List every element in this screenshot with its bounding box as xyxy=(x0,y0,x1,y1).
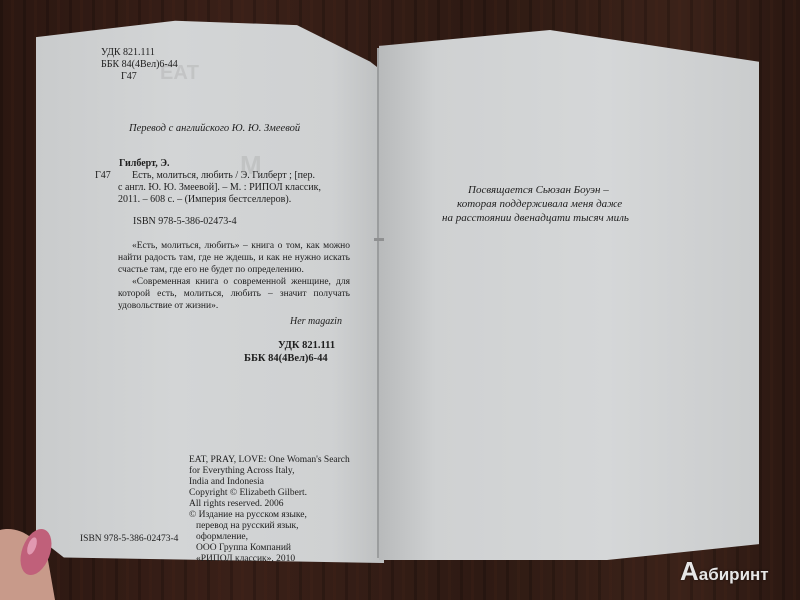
isbn-main: ISBN 978-5-386-02473-4 xyxy=(133,216,237,228)
bib-record-line: с англ. Ю. Ю. Змеевой]. – М. : РИПОЛ кла… xyxy=(118,182,321,194)
logo-text: абиринт xyxy=(699,565,769,584)
dedication-line: Посвящается Сьюзан Боуэн – xyxy=(468,184,609,196)
book-spine xyxy=(377,48,379,558)
translation-note: Перевод с английского Ю. Ю. Змеевой xyxy=(129,123,300,135)
original-info-line: «РИПОЛ классик», 2010 xyxy=(196,553,295,565)
author-mark-side: Г47 xyxy=(95,170,111,182)
author-mark: Г47 xyxy=(121,71,137,83)
bib-record-line: 2011. – 608 с. – (Империя бестселлеров). xyxy=(118,194,291,206)
annotation: «Есть, молиться, любить» – книга о том, … xyxy=(118,240,350,312)
bbk-code: ББК 84(4Вел)6-44 xyxy=(101,59,178,71)
labirint-watermark-logo: Аабиринт xyxy=(680,556,769,587)
bbk-code-bottom: ББК 84(4Вел)6-44 xyxy=(244,353,328,365)
isbn-bottom: ISBN 978-5-386-02473-4 xyxy=(80,533,178,545)
annotation-paragraph: «Есть, молиться, любить» – книга о том, … xyxy=(118,240,350,276)
author-heading: Гилберт, Э. xyxy=(119,158,170,170)
logo-letter: А xyxy=(680,556,699,586)
quote-source: Her magazin xyxy=(290,316,342,328)
right-page xyxy=(379,30,759,560)
dedication-line: которая поддерживала меня даже xyxy=(457,198,622,210)
finger-with-pink-nail xyxy=(0,500,70,600)
dedication-line: на расстоянии двенадцати тысяч миль xyxy=(442,212,629,224)
binding-thread xyxy=(374,238,384,241)
udk-code-bottom: УДК 821.111 xyxy=(278,340,335,352)
bib-record-line: Есть, молиться, любить / Э. Гилберт ; [п… xyxy=(132,170,315,182)
annotation-paragraph: «Современная книга о современной женщине… xyxy=(118,276,350,312)
udk-code: УДК 821.111 xyxy=(101,47,155,59)
